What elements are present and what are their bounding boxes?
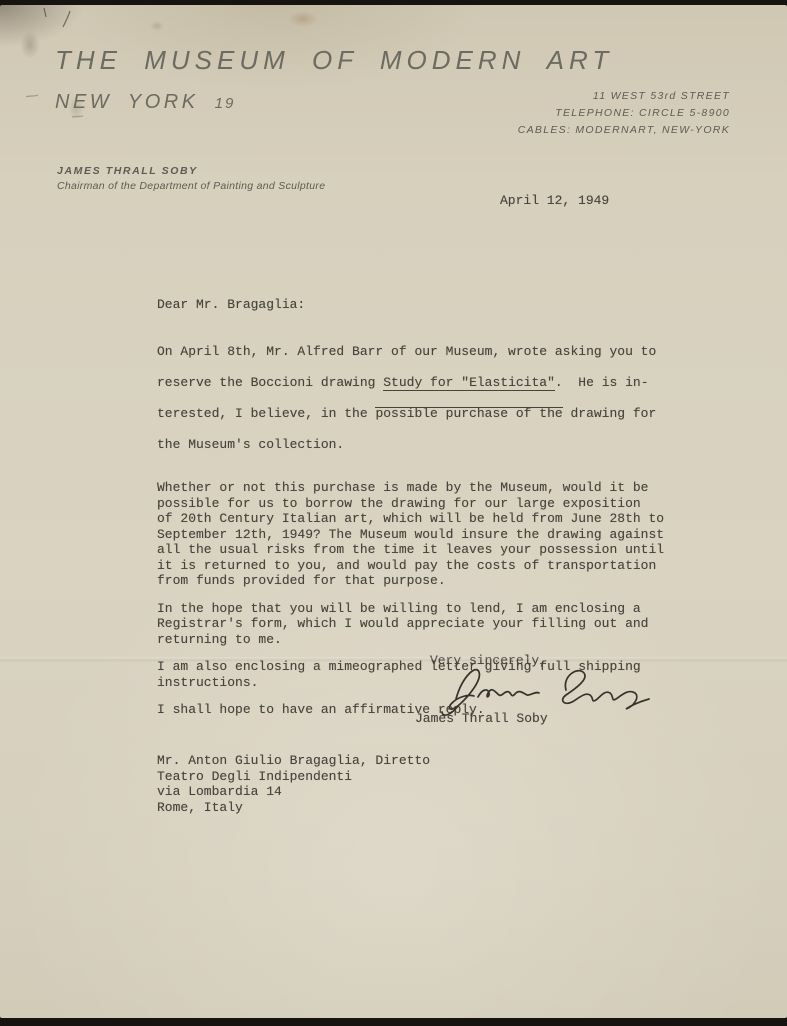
letter-date: April 12, 1949 <box>500 193 609 209</box>
letterhead-zip: 19 <box>215 95 236 112</box>
text-run: . He is in- <box>555 375 649 390</box>
salutation: Dear Mr. Bragaglia: <box>157 297 677 313</box>
letterhead-telephone: TELEPHONE: CIRCLE 5-8900 <box>518 105 730 122</box>
paragraph-1-line-1: On April 8th, Mr. Alfred Barr of our Mus… <box>157 344 677 360</box>
paragraph-3: In the hope that you will be willing to … <box>157 601 677 648</box>
paper-stain <box>288 11 318 27</box>
letterhead-cables: CABLES: MODERNART, NEW-YORK <box>518 122 730 139</box>
letter-page: THE MUSEUM OF MODERN ART NEW YORK 19 11 … <box>0 5 787 1018</box>
paragraph-2: Whether or not this purchase is made by … <box>157 480 677 589</box>
letterhead-contact: 11 WEST 53rd STREET TELEPHONE: CIRCLE 5-… <box>518 88 730 139</box>
letter-photo: { "colors": { "paper": "#d7d0bd", "ink_t… <box>0 0 787 1026</box>
letterhead-address: 11 WEST 53rd STREET <box>518 88 730 105</box>
text-run: reserve the Boccioni drawing <box>157 375 383 390</box>
sender-title: Chairman of the Department of Painting a… <box>57 180 325 192</box>
sender-name: JAMES THRALL SOBY <box>57 165 198 177</box>
typed-signature-name: James Thrall Soby <box>415 711 548 727</box>
paragraph-1-line-2: reserve the Boccioni drawing Study for "… <box>157 375 677 391</box>
paper-stain <box>150 21 164 31</box>
paper-fold-crease <box>0 657 787 662</box>
text-run: drawing for <box>563 406 657 421</box>
letterhead-title: THE MUSEUM OF MODERN ART <box>55 45 613 76</box>
paragraph-1-line-4: the Museum's collection. <box>157 437 677 453</box>
overlined-text: possible purchase of the <box>375 406 562 421</box>
paragraph-1: On April 8th, Mr. Alfred Barr of our Mus… <box>157 329 677 469</box>
letterhead-city: NEW YORK 19 <box>55 91 235 114</box>
paragraph-1-line-3: terested, I believe, in the possible pur… <box>157 406 677 422</box>
letterhead-city-name: NEW YORK <box>55 91 199 113</box>
recipient-address: Mr. Anton Giulio Bragaglia, Diretto Teat… <box>157 753 430 815</box>
text-run: terested, I believe, in the <box>157 406 375 421</box>
underlined-artwork-title: Study for "Elasticita" <box>383 375 555 391</box>
